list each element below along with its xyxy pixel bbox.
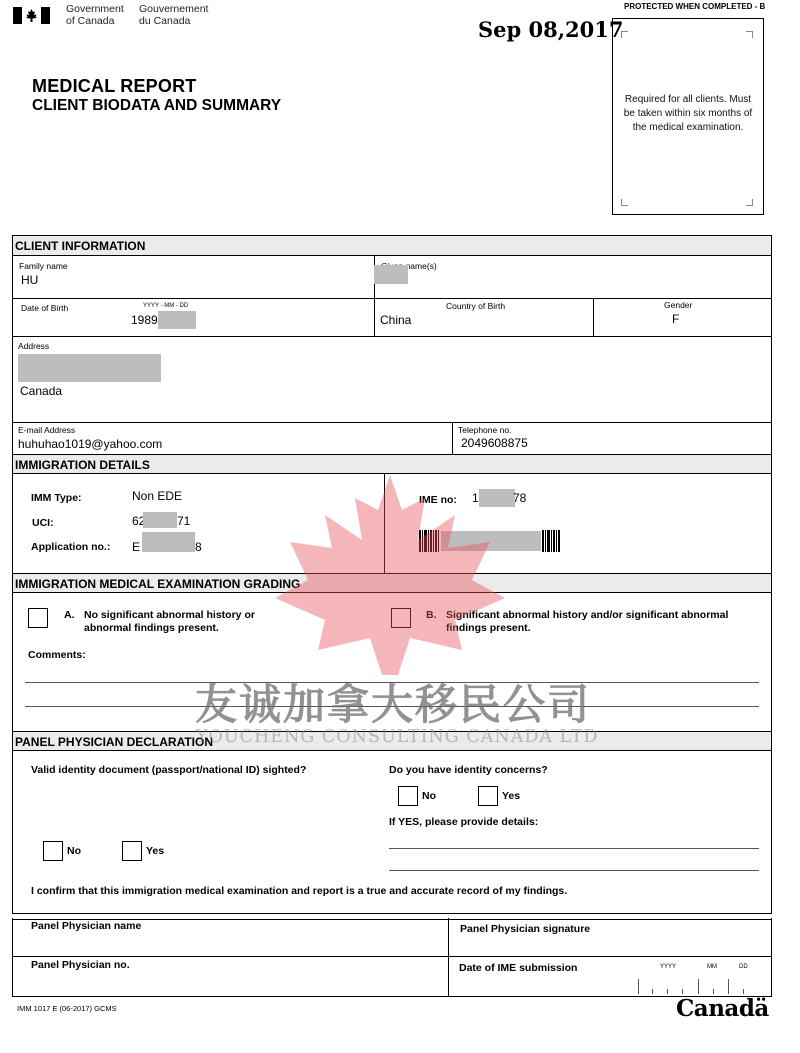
grading-a-line1: No significant abnormal history or (84, 609, 255, 621)
divider (13, 956, 771, 957)
grading-a-line2: abnormal findings present. (84, 622, 219, 634)
concerns-no-label: No (422, 790, 436, 802)
submission-date-field[interactable] (638, 976, 768, 996)
photo-corner-icon (746, 31, 753, 38)
physician-name-label: Panel Physician name (31, 920, 141, 932)
divider (13, 298, 771, 299)
protected-label: PROTECTED WHEN COMPLETED - B (624, 2, 765, 11)
details-line-1[interactable] (389, 848, 759, 849)
date-yyyy-hint: YYYY (660, 964, 676, 970)
gov-en-line2: of Canada (66, 15, 124, 27)
divider (448, 918, 449, 996)
canada-wordmark: Canadä (676, 995, 769, 1022)
canada-flag-icon (13, 7, 50, 24)
id-no-checkbox[interactable] (43, 841, 63, 861)
divider (374, 298, 375, 336)
given-names-field[interactable] (374, 265, 408, 284)
divider (13, 336, 771, 337)
imm-type-value: Non EDE (132, 489, 182, 503)
comments-label: Comments: (28, 649, 86, 661)
dob-format-hint: YYYY - MM - DD (143, 303, 188, 309)
confirmation-statement: I confirm that this immigration medical … (31, 885, 567, 897)
signature-block: Panel Physician name Panel Physician sig… (12, 918, 772, 997)
application-redacted (142, 532, 195, 552)
physician-no-field[interactable] (15, 972, 445, 994)
divider (593, 298, 594, 336)
date-stamp: Sep 08,2017 (478, 17, 624, 42)
id-yes-label: Yes (146, 845, 164, 857)
form-code: IMM 1017 E (06-2017) GCMS (17, 1004, 117, 1013)
family-name-label: Family name (19, 261, 68, 271)
watermark-english: YOUCHENG CONSULTING CANADA LTD (196, 727, 598, 747)
maple-leaf-watermark-icon (250, 470, 530, 680)
country-of-birth-label: Country of Birth (446, 301, 505, 311)
physician-no-label: Panel Physician no. (31, 959, 130, 971)
date-mm-hint: MM (707, 964, 717, 970)
details-label: If YES, please provide details: (389, 816, 538, 828)
country-of-birth-field[interactable]: China (380, 313, 411, 327)
dob-label: Date of Birth (21, 303, 68, 313)
gov-fr-line2: du Canada (139, 15, 208, 27)
gov-name-fr: Gouvernement du Canada (139, 3, 208, 27)
concerns-question: Do you have identity concerns? (389, 764, 548, 776)
photo-corner-icon (746, 199, 753, 206)
email-field[interactable]: huhuhao1019@yahoo.com (18, 437, 162, 451)
physician-signature-label: Panel Physician signature (460, 923, 590, 935)
imm-type-label: IMM Type: (31, 492, 82, 504)
uci-label: UCI: (32, 517, 54, 529)
application-suffix: 8 (195, 540, 202, 554)
dob-redacted (158, 311, 196, 329)
address-label: Address (18, 341, 49, 351)
telephone-label: Telephone no. (458, 425, 511, 435)
gov-fr-line1: Gouvernement (139, 3, 208, 15)
photo-corner-icon (621, 31, 628, 38)
photo-corner-icon (621, 199, 628, 206)
uci-redacted (143, 512, 177, 528)
photo-instructions: Required for all clients. Must be taken … (623, 93, 753, 135)
concerns-no-checkbox[interactable] (398, 786, 418, 806)
page-title: MEDICAL REPORT (32, 76, 196, 97)
details-line-2[interactable] (389, 870, 759, 871)
physician-name-field[interactable] (15, 932, 445, 954)
concerns-yes-label: Yes (502, 790, 520, 802)
watermark-chinese: 友诚加拿大移民公司 (195, 672, 591, 732)
divider (452, 422, 453, 454)
family-name-field[interactable]: HU (21, 273, 38, 287)
email-label: E-mail Address (18, 425, 75, 435)
gov-name-en: Government of Canada (66, 3, 124, 27)
gov-en-line1: Government (66, 3, 124, 15)
photo-box[interactable]: Required for all clients. Must be taken … (612, 18, 764, 215)
grading-a-checkbox[interactable] (28, 608, 48, 628)
divider (13, 422, 771, 423)
id-yes-checkbox[interactable] (122, 841, 142, 861)
application-label: Application no.: (31, 541, 110, 553)
application-prefix: E (132, 540, 140, 554)
concerns-yes-checkbox[interactable] (478, 786, 498, 806)
date-dd-hint: DD (739, 964, 748, 970)
id-question: Valid identity document (passport/nation… (31, 764, 306, 776)
page-subtitle: CLIENT BIODATA AND SUMMARY (32, 97, 281, 115)
section-client-information: CLIENT INFORMATION (13, 236, 771, 256)
telephone-field[interactable]: 2049608875 (461, 436, 528, 450)
address-redacted (18, 354, 161, 382)
gender-label: Gender (664, 300, 692, 310)
physician-signature-field[interactable] (451, 935, 769, 955)
submission-date-label: Date of IME submission (459, 962, 577, 974)
id-no-label: No (67, 845, 81, 857)
gender-field[interactable]: F (672, 312, 679, 326)
grading-a-letter: A. (64, 609, 75, 621)
dob-field[interactable]: 1989/ (131, 313, 161, 327)
uci-suffix: 71 (177, 514, 190, 528)
address-country-field[interactable]: Canada (20, 384, 62, 398)
